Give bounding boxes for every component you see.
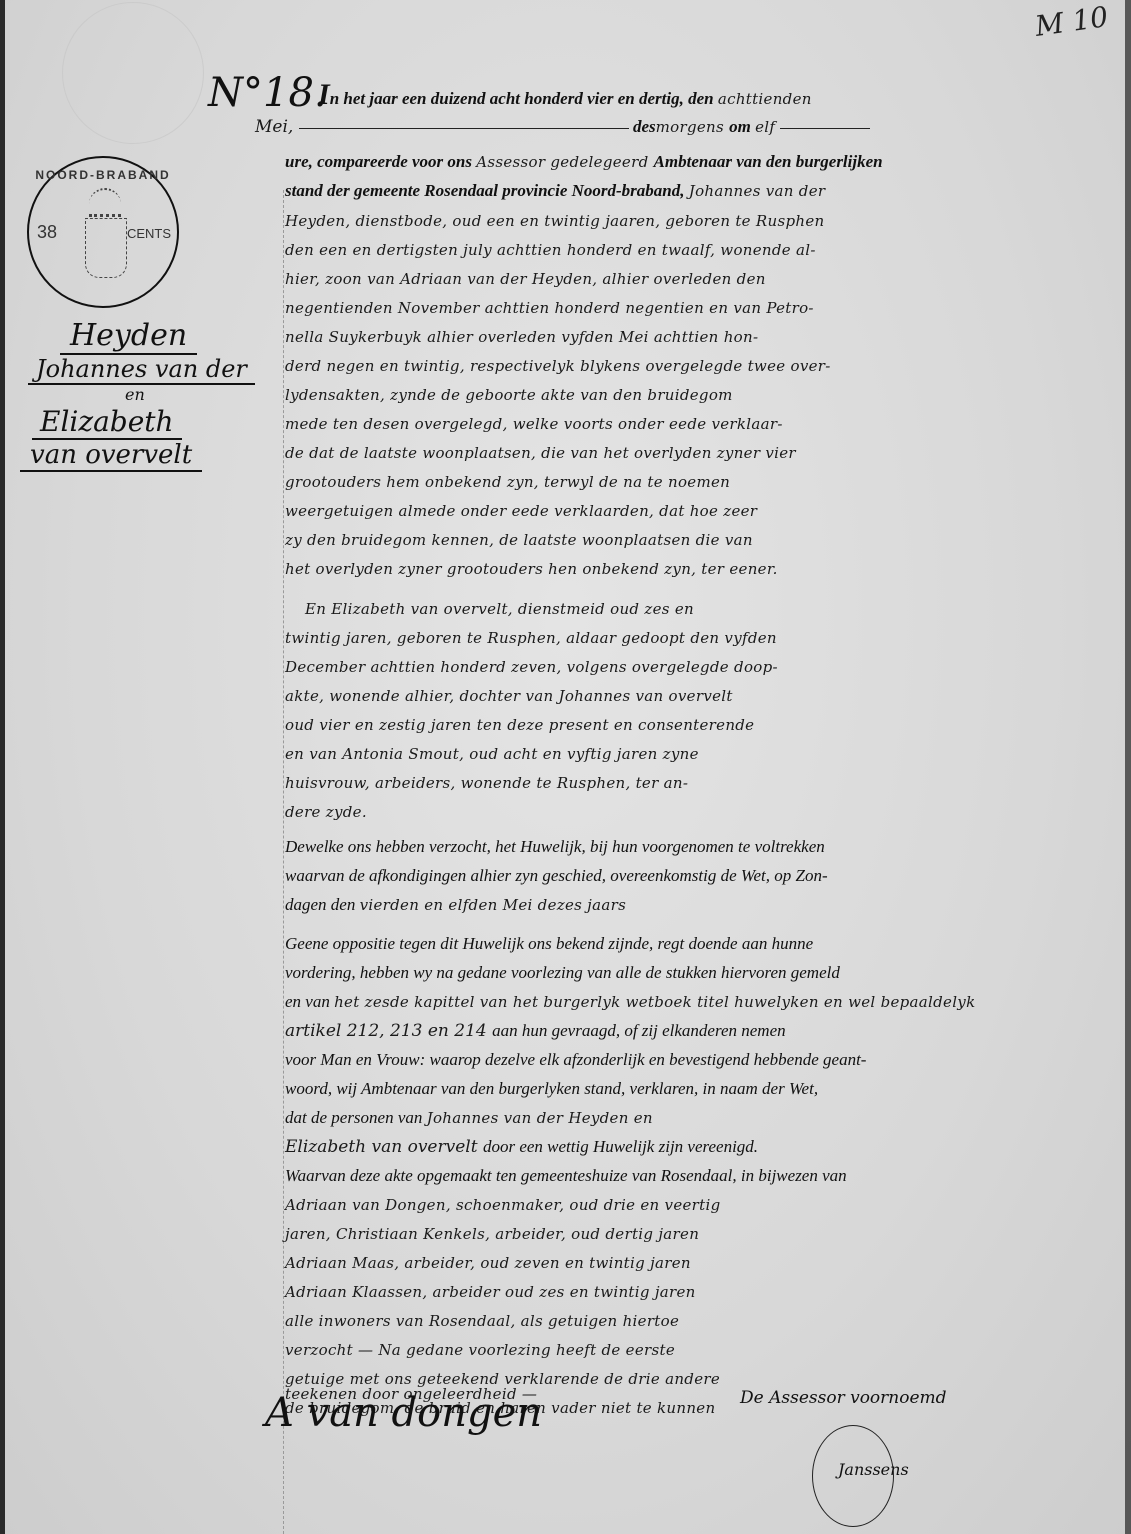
handwritten-text: twintig jaren, geboren te Rusphen, aldaa… (285, 629, 777, 647)
handwritten-text: Assessor gedelegeerd (476, 153, 653, 171)
printed-text: Dewelke ons hebben verzocht, het Huwelij… (285, 837, 825, 856)
handwritten-text: Adriaan van Dongen, schoenmaker, oud dri… (285, 1196, 720, 1214)
handwritten-text: mede ten desen overgelegd, welke voorts … (285, 415, 783, 433)
text-line: mede ten desen overgelegd, welke voorts … (285, 415, 783, 432)
text-line: Elizabeth van overvelt door een wettig H… (285, 1138, 758, 1156)
margin-conjunction: en (125, 385, 145, 404)
page-right-edge (1125, 0, 1131, 1534)
handwritten-text: de dat de laatste woonplaatsen, die van … (285, 444, 796, 462)
crown-icon (89, 188, 121, 217)
text-line: oud vier en zestig jaren ten deze presen… (285, 716, 754, 733)
handwritten-text: Mei, (255, 117, 299, 137)
text-line: twintig jaren, geboren te Rusphen, aldaa… (285, 629, 777, 646)
margin-groom-given: Johannes van der (28, 355, 255, 385)
handwritten-text: derd negen en twintig, respectivelyk bly… (285, 357, 831, 375)
printed-text: Ambtenaar van den burgerlijken (654, 152, 883, 171)
handwritten-text: artikel 212, 213 en 214 (285, 1021, 492, 1041)
text-line: nella Suykerbuyk alhier overleden vyfden… (285, 328, 758, 345)
handwritten-text: jaren, Christiaan Kenkels, arbeider, oud… (285, 1225, 699, 1243)
handwritten-text: En Elizabeth van overvelt, dienstmeid ou… (305, 600, 694, 618)
page-binding-edge (0, 0, 5, 1534)
handwritten-text: morgens (656, 118, 729, 136)
text-line: dat de personen van Johannes van der Hey… (285, 1109, 653, 1126)
handwritten-text: Heyden, dienstbode, oud een en twintig j… (285, 212, 824, 230)
handwritten-text: grootouders hem onbekend zyn, terwyl de … (285, 473, 730, 491)
printed-text: dat de personen van (285, 1108, 427, 1127)
handwritten-text: hier, zoon van Adriaan van der Heyden, a… (285, 270, 766, 288)
text-line: Mei, desmorgens om elf (255, 118, 870, 136)
witness-signature: A van dongen (265, 1390, 542, 1436)
officer-signature: Janssens (838, 1460, 909, 1479)
margin-bride-surname: van overvelt (20, 440, 202, 472)
printed-text: om (729, 117, 755, 136)
text-line: Adriaan van Dongen, schoenmaker, oud dri… (285, 1196, 720, 1213)
text-line: vordering, hebben wy na gedane voorlezin… (285, 964, 840, 981)
text-line: voor Man en Vrouw: waarop dezelve elk af… (285, 1051, 866, 1068)
handwritten-text: negentienden November achttien honderd n… (285, 299, 814, 317)
text-line: lydensakten, zynde de geboorte akte van … (285, 386, 733, 403)
text-line: de dat de laatste woonplaatsen, die van … (285, 444, 796, 461)
printed-text: waarvan de afkondigingen alhier zyn gesc… (285, 866, 828, 885)
document-page: M 10 N°18. NOORD-BRABAND 38 CENTS Heyden… (0, 0, 1131, 1534)
text-line: den een en dertigsten july achttien hond… (285, 241, 816, 258)
printed-text: door een wettig Huwelijk zijn vereenigd. (483, 1137, 758, 1156)
printed-text: voor Man en Vrouw: waarop dezelve elk af… (285, 1050, 866, 1069)
printed-text: aan hun gevraagd, of zij elkanderen neme… (492, 1021, 786, 1040)
handwritten-text: Adriaan Maas, arbeider, oud zeven en twi… (285, 1254, 691, 1272)
stamp-unit: CENTS (127, 226, 171, 241)
text-line: In het jaar een duizend acht honderd vie… (318, 80, 812, 110)
handwritten-text: het zesde kapittel van het burgerlyk wet… (334, 993, 975, 1011)
text-line: Geene oppositie tegen dit Huwelijk ons b… (285, 935, 813, 952)
handwritten-text: den een en dertigsten july achttien hond… (285, 241, 816, 259)
text-line: en van Antonia Smout, oud acht en vyftig… (285, 745, 699, 762)
folio-number: M 10 (1033, 0, 1110, 43)
handwritten-text: alle inwoners van Rosendaal, als getuige… (285, 1312, 679, 1330)
stamp-value: 38 (37, 222, 57, 243)
text-line: Adriaan Maas, arbeider, oud zeven en twi… (285, 1254, 691, 1271)
handwritten-text: verzocht — Na gedane voorlezing heeft de… (285, 1341, 675, 1359)
handwritten-text: Johannes van der Heyden en (427, 1109, 653, 1127)
text-line: derd negen en twintig, respectivelyk bly… (285, 357, 831, 374)
printed-text: Geene oppositie tegen dit Huwelijk ons b… (285, 934, 813, 953)
text-line: waarvan de afkondigingen alhier zyn gesc… (285, 867, 828, 884)
handwritten-text: December achttien honderd zeven, volgens… (285, 658, 778, 676)
handwritten-text: weergetuigen almede onder eede verklaard… (285, 502, 757, 520)
text-line: het overlyden zyner grootouders hen onbe… (285, 560, 778, 577)
handwritten-text: en van Antonia Smout, oud acht en vyftig… (285, 745, 699, 763)
stamp-province-text: NOORD-BRABAND (29, 168, 177, 182)
text-line: dagen den vierden en elfden Mei dezes ja… (285, 896, 626, 913)
text-line: dere zyde. (285, 803, 367, 820)
handwritten-text: nella Suykerbuyk alhier overleden vyfden… (285, 328, 758, 346)
text-line: huisvrouw, arbeiders, wonende te Rusphen… (285, 774, 688, 791)
printed-text: n het jaar een duizend acht honderd vier… (330, 89, 718, 108)
text-line: artikel 212, 213 en 214 aan hun gevraagd… (285, 1022, 786, 1040)
text-line: jaren, Christiaan Kenkels, arbeider, oud… (285, 1225, 699, 1242)
printed-text: vordering, hebben wy na gedane voorlezin… (285, 963, 840, 982)
bleed-through-stamp (62, 2, 204, 144)
handwritten-text: huisvrouw, arbeiders, wonende te Rusphen… (285, 774, 688, 792)
margin-surname: Heyden (60, 318, 197, 355)
shield-icon (85, 218, 127, 278)
printed-text: ure, compareerde voor ons (285, 152, 476, 171)
text-line: verzocht — Na gedane voorlezing heeft de… (285, 1341, 675, 1358)
printed-text: dagen den (285, 895, 360, 914)
printed-text: des (629, 117, 656, 136)
handwritten-text: het overlyden zyner grootouders hen onbe… (285, 560, 778, 578)
margin-bride-given: Elizabeth (32, 405, 182, 440)
handwritten-text: vierden en elfden Mei dezes jaars (360, 896, 627, 914)
printed-text: Waarvan deze akte opgemaakt ten gemeente… (285, 1166, 847, 1185)
tax-stamp: NOORD-BRABAND 38 CENTS (27, 156, 179, 308)
text-line: En Elizabeth van overvelt, dienstmeid ou… (305, 600, 694, 617)
text-line: ure, compareerde voor ons Assessor gedel… (285, 153, 883, 170)
text-line: zy den bruidegom kennen, de laatste woon… (285, 531, 753, 548)
handwritten-text: achttienden (718, 90, 812, 108)
handwritten-text: Adriaan Klaassen, arbeider oud zes en tw… (285, 1283, 696, 1301)
text-line: negentienden November achttien honderd n… (285, 299, 814, 316)
record-number: N°18. (208, 70, 327, 116)
handwritten-text: akte, wonende alhier, dochter van Johann… (285, 687, 733, 705)
text-line: en van het zesde kapittel van het burger… (285, 993, 975, 1010)
text-line: hier, zoon van Adriaan van der Heyden, a… (285, 270, 766, 287)
handwritten-text: dere zyde. (285, 803, 367, 821)
fill-line (299, 128, 629, 129)
text-line: Waarvan deze akte opgemaakt ten gemeente… (285, 1167, 847, 1184)
printed-text: stand der gemeente Rosendaal provincie N… (285, 181, 689, 200)
text-line: Adriaan Klaassen, arbeider oud zes en tw… (285, 1283, 696, 1300)
printed-text: en van (285, 992, 334, 1011)
drop-cap: I (318, 78, 330, 111)
handwritten-text: zy den bruidegom kennen, de laatste woon… (285, 531, 753, 549)
handwritten-text: lydensakten, zynde de geboorte akte van … (285, 386, 733, 404)
text-line: Dewelke ons hebben verzocht, het Huwelij… (285, 838, 825, 855)
text-line: Heyden, dienstbode, oud een en twintig j… (285, 212, 824, 229)
text-line: stand der gemeente Rosendaal provincie N… (285, 182, 825, 199)
text-line: akte, wonende alhier, dochter van Johann… (285, 687, 733, 704)
officer-signature-label: De Assessor voornoemd (740, 1388, 947, 1408)
handwritten-text: Johannes van der (689, 182, 826, 200)
handwritten-text: elf (755, 118, 780, 136)
text-line: woord, wij Ambtenaar van den burgerlyken… (285, 1080, 818, 1097)
printed-text: woord, wij Ambtenaar van den burgerlyken… (285, 1079, 818, 1098)
text-line: December achttien honderd zeven, volgens… (285, 658, 778, 675)
text-line: alle inwoners van Rosendaal, als getuige… (285, 1312, 679, 1329)
handwritten-text: oud vier en zestig jaren ten deze presen… (285, 716, 754, 734)
fill-line (780, 128, 870, 129)
text-line: grootouders hem onbekend zyn, terwyl de … (285, 473, 730, 490)
text-line: weergetuigen almede onder eede verklaard… (285, 502, 757, 519)
handwritten-text: Elizabeth van overvelt (285, 1137, 483, 1157)
